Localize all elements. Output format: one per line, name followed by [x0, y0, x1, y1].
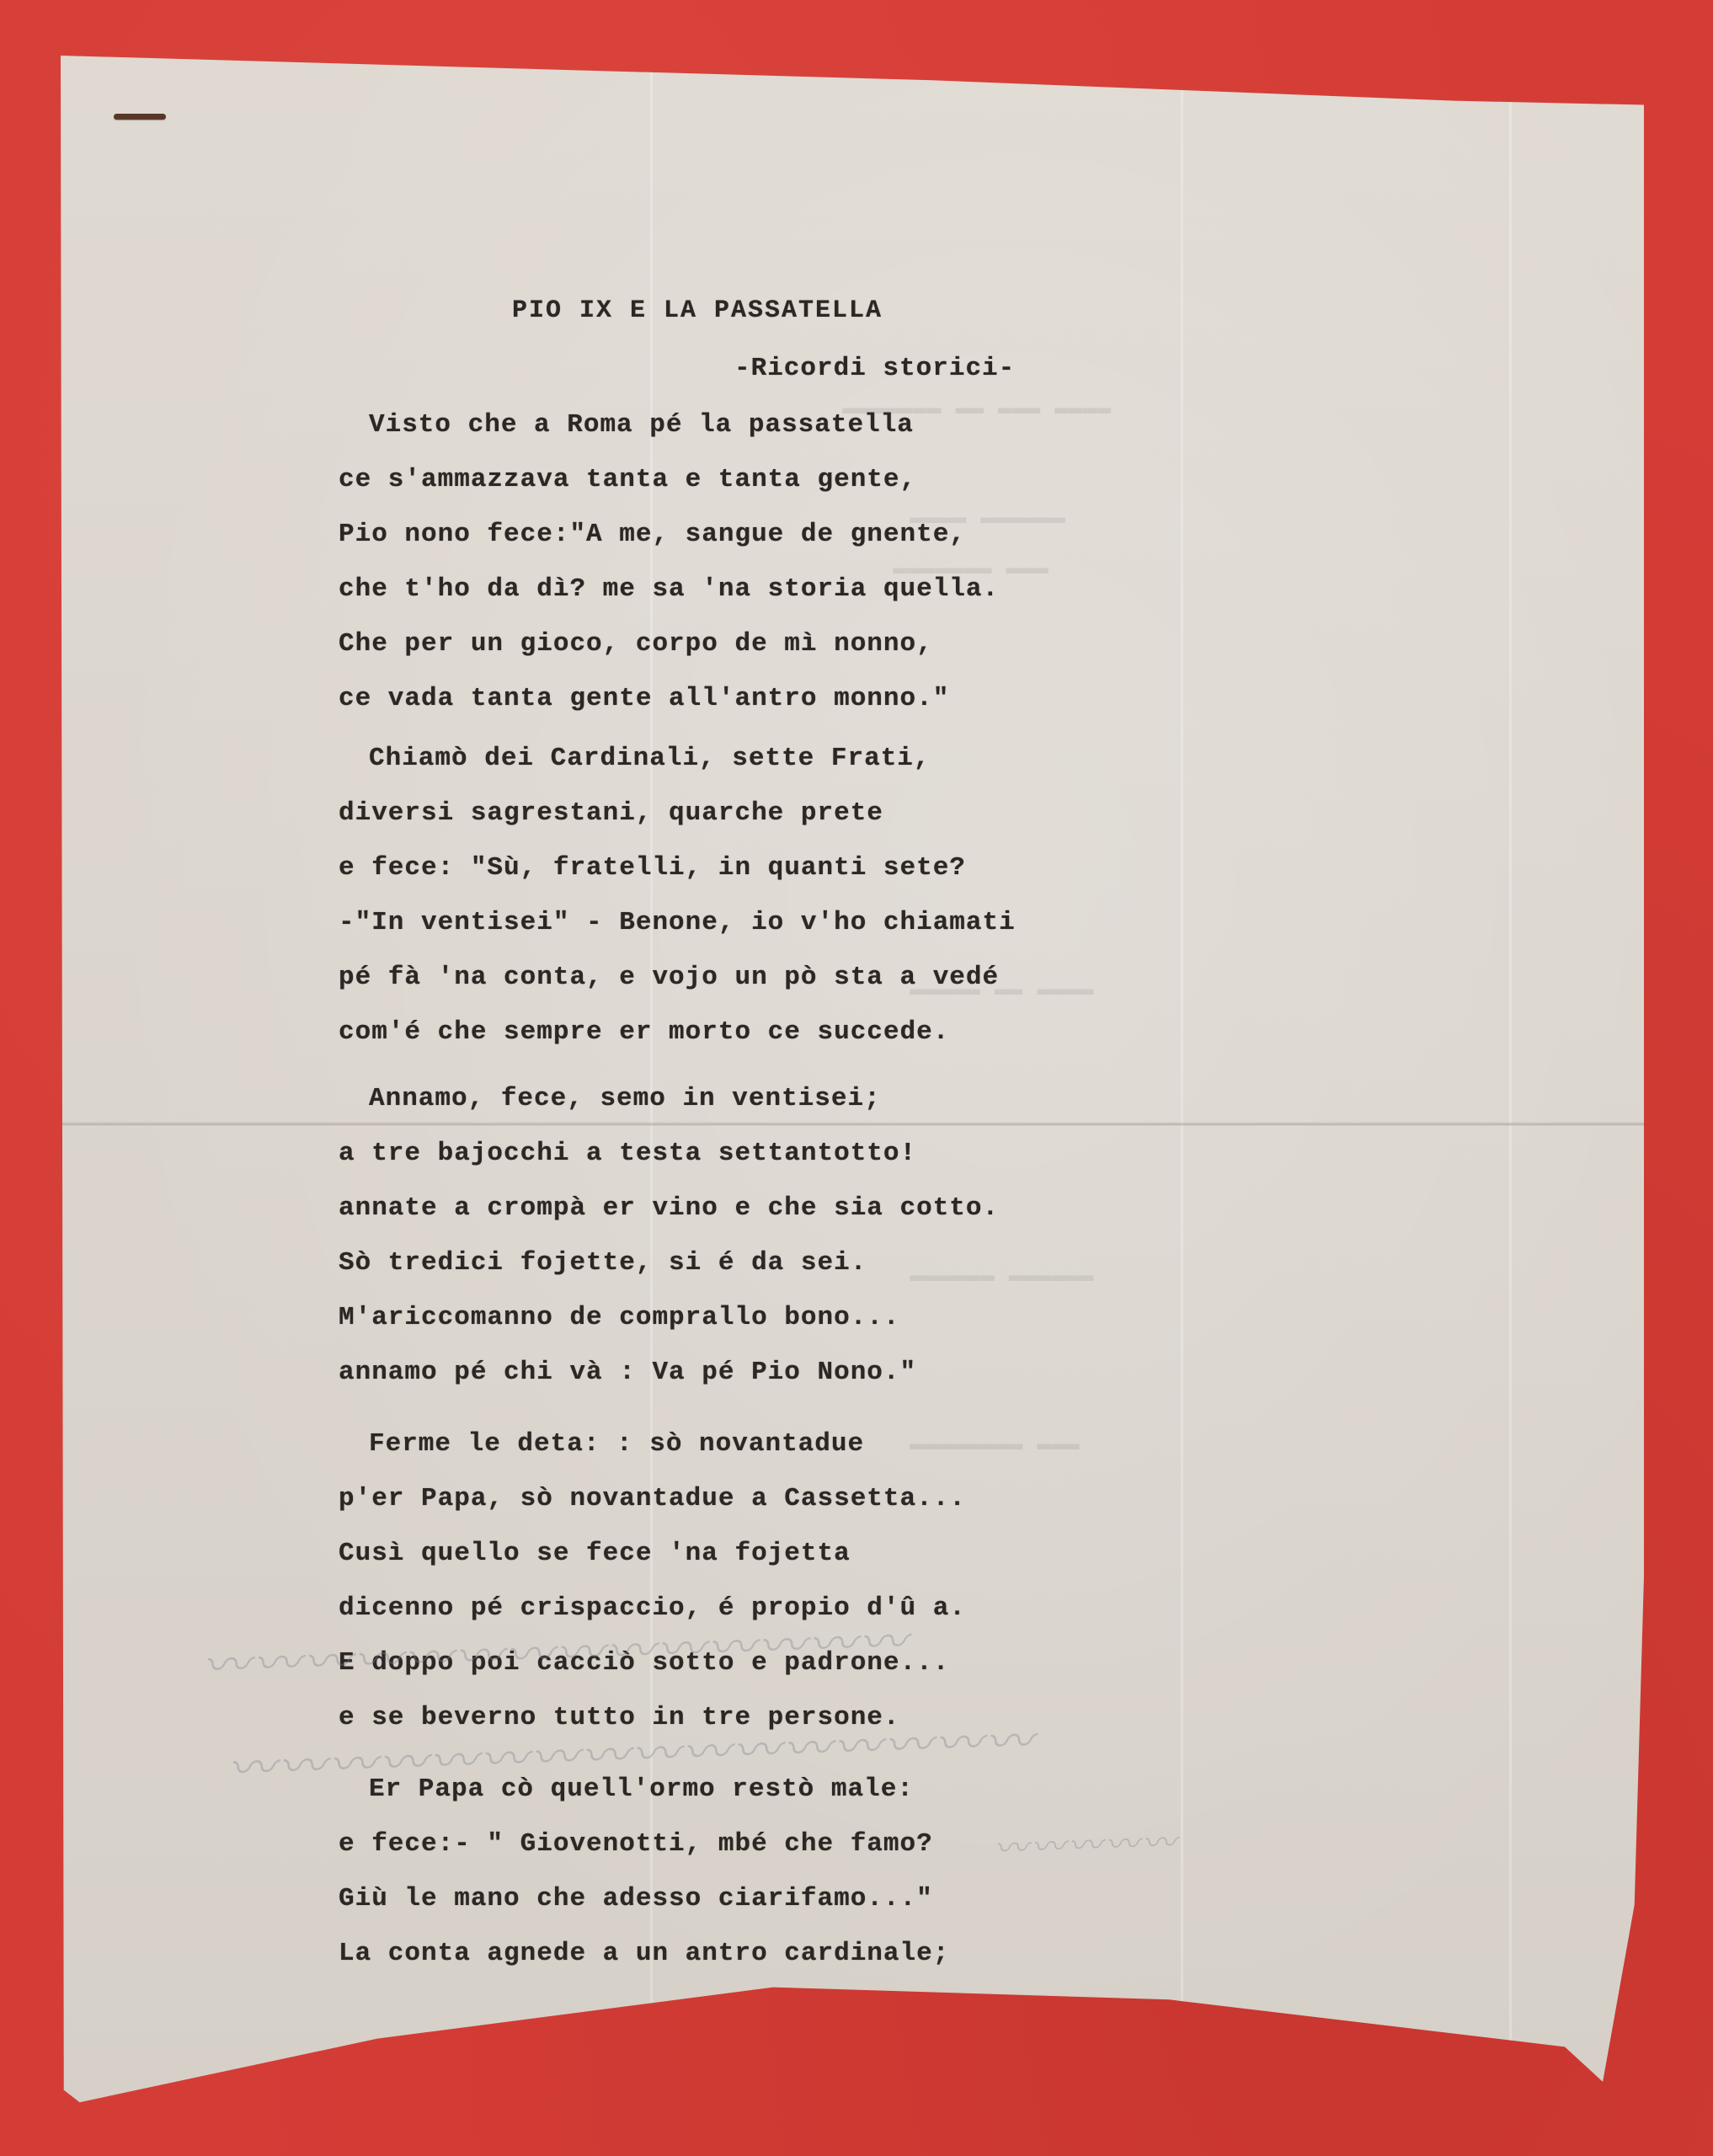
- verse-line: Che per un gioco, corpo de mì nonno,: [339, 616, 999, 671]
- vertical-crease: [1509, 56, 1512, 2111]
- verse-line: e fece:- " Giovenotti, mbé che famo?: [339, 1817, 949, 1871]
- stanza-2: Chiamò dei Cardinali, sette Frati, diver…: [339, 731, 1016, 1059]
- verse-line: -"In ventisei" - Benone, io v'ho chiamat…: [339, 895, 1016, 950]
- verse-line: Giù le mano che adesso ciarifamo...": [339, 1871, 949, 1926]
- verse-line: ce vada tanta gente all'antro monno.": [339, 671, 999, 726]
- stanza-5: Er Papa cò quell'ormo restò male: e fece…: [339, 1762, 949, 1981]
- verse-line: M'ariccomanno de comprallo bono...: [339, 1290, 999, 1345]
- verse-line: annamo pé chi và : Va pé Pio Nono.": [339, 1345, 999, 1400]
- pencil-annotation: 〰〰〰〰〰: [993, 1816, 1180, 1870]
- document-subtitle: -Ricordi storici-: [734, 354, 1015, 383]
- verse-line: com'é che sempre er morto ce succede.: [339, 1005, 1016, 1059]
- verse-line: Ferme le deta: : sò novantadue: [339, 1417, 966, 1471]
- verse-line: pé fà 'na conta, e vojo un pò sta a vedé: [339, 950, 1016, 1005]
- verse-line: Annamo, fece, semo in ventisei;: [339, 1071, 999, 1126]
- document-title: PIO IX E LA PASSATELLA: [512, 296, 883, 325]
- verse-line: Chiamò dei Cardinali, sette Frati,: [339, 731, 1016, 786]
- verse-line: ce s'ammazzava tanta e tanta gente,: [339, 452, 999, 507]
- stanza-1: Visto che a Roma pé la passatella ce s'a…: [339, 398, 999, 726]
- verse-line: Visto che a Roma pé la passatella: [339, 398, 999, 452]
- stanza-3: Annamo, fece, semo in ventisei; a tre ba…: [339, 1071, 999, 1400]
- verse-line: Pio nono fece:"A me, sangue de gnente,: [339, 507, 999, 562]
- verse-line: e fece: "Sù, fratelli, in quanti sete?: [339, 841, 1016, 895]
- stanza-4: Ferme le deta: : sò novantadue p'er Papa…: [339, 1417, 966, 1745]
- verse-line: a tre bajocchi a testa settantotto!: [339, 1126, 999, 1181]
- verse-line: diversi sagrestani, quarche prete: [339, 786, 1016, 841]
- verse-line: Cusì quello se fece 'na fojetta: [339, 1526, 966, 1581]
- verse-line: annate a crompà er vino e che sia cotto.: [339, 1181, 999, 1235]
- verse-line: che t'ho da dì? me sa 'na storia quella.: [339, 562, 999, 616]
- verse-line: Sò tredici fojette, si é da sei.: [339, 1235, 999, 1290]
- verse-line: La conta agnede a un antro cardinale;: [339, 1926, 949, 1981]
- verse-line: p'er Papa, sò novantadue a Cassetta...: [339, 1471, 966, 1526]
- staple-mark: [114, 114, 166, 120]
- vertical-crease: [1181, 56, 1183, 2111]
